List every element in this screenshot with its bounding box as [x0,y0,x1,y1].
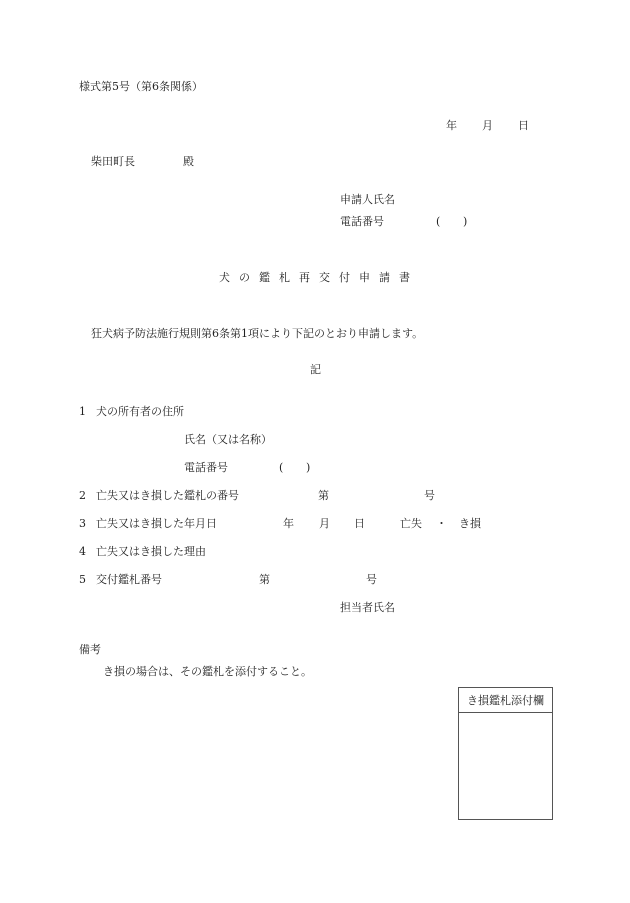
intro-text: 狂犬病予防法施行規則第6条第1項により下記のとおり申請します。 [91,327,423,341]
applicant-phone-paren-close: ) [463,215,467,229]
item-3-label: 亡失又はき損した年月日 [96,517,217,531]
item-1-phone-paren-close: ) [306,461,310,475]
addressee-honorific: 殿 [183,155,194,169]
attachment-box-area [459,713,552,819]
item-2-prefix: 第 [318,489,329,503]
remarks-text: き損の場合は、その鑑札を添付すること。 [103,665,312,679]
applicant-name-label: 申請人氏名 [340,193,395,207]
damaged-tag-attachment-box: き損鑑札添付欄 [458,687,553,820]
date-month-label: 月 [482,119,493,133]
item-5-label: 交付鑑札番号 [96,573,162,587]
form-number: 様式第5号（第6条関係） [79,80,203,94]
date-day-label: 日 [518,119,529,133]
item-4-label: 亡失又はき損した理由 [96,545,206,559]
item-3-year-label: 年 [283,517,294,531]
applicant-phone-label: 電話番号 [340,215,384,229]
item-3-number: 3 [79,517,86,531]
item-3-month-label: 月 [319,517,330,531]
item-3-option-lost: 亡失 [400,517,422,531]
item-2-number: 2 [79,489,86,503]
item-1-label: 犬の所有者の住所 [96,405,184,419]
item-3-option-separator: ・ [436,517,447,531]
item-3-day-label: 日 [354,517,365,531]
item-2-label: 亡失又はき損した鑑札の番号 [96,489,239,503]
remarks-heading: 備考 [79,643,101,657]
applicant-phone-paren-open: ( [436,215,440,229]
addressee-name: 柴田町長 [91,155,135,169]
item-3-option-damaged: き損 [459,517,481,531]
ki-heading: 記 [310,363,321,377]
item-1-name-label: 氏名（又は名称） [184,433,272,447]
date-year-label: 年 [446,119,457,133]
item-4-number: 4 [79,545,86,559]
item-1-phone-paren-open: ( [279,461,283,475]
staff-name-label: 担当者氏名 [340,601,395,615]
item-1-phone-label: 電話番号 [184,461,228,475]
item-5-number: 5 [79,573,86,587]
attachment-box-header: き損鑑札添付欄 [459,688,552,713]
item-2-suffix: 号 [424,489,435,503]
item-5-suffix: 号 [366,573,377,587]
item-5-prefix: 第 [259,573,270,587]
item-1-number: 1 [79,405,86,419]
document-title: 犬の鑑札再交付申請書 [219,271,419,285]
